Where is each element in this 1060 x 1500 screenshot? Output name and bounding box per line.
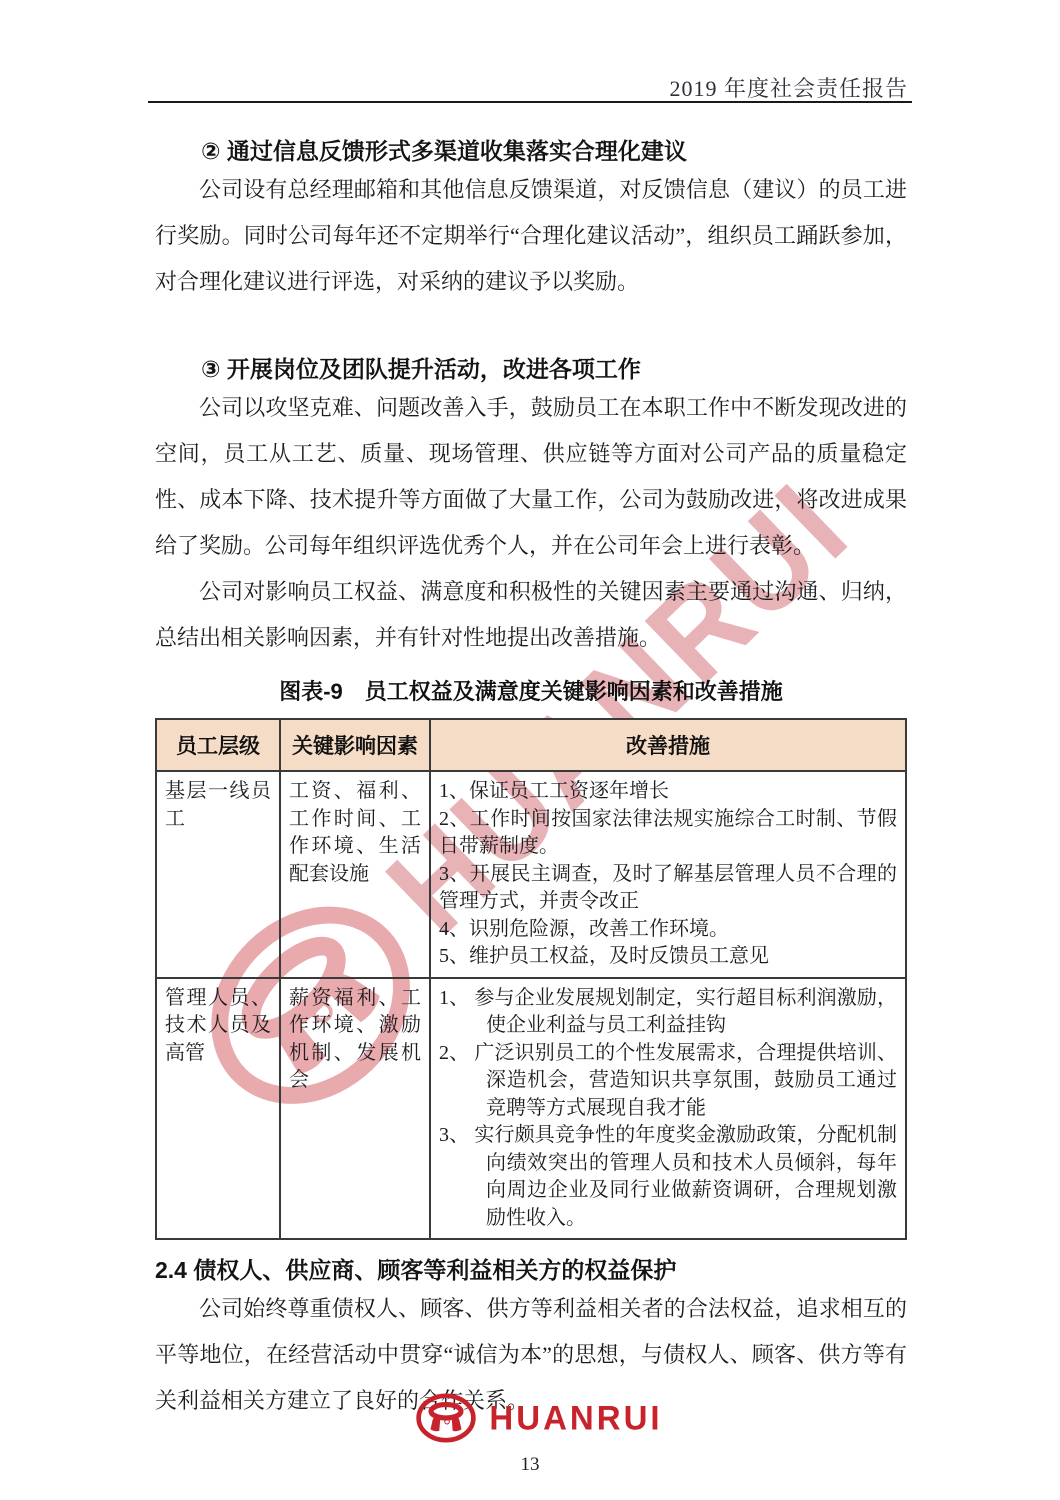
para-team-improvement-1: 公司以攻坚克难、问题改善入手，鼓励员工在本职工作中不断发现改进的空间，员工从工艺… [155, 385, 907, 569]
table-row-management: 管理人员、技术人员及高管 薪资福利、工作环境、激励机制、发展机会 1、 参与企业… [156, 978, 906, 1240]
para-team-improvement-2: 公司对影响员工权益、满意度和积极性的关键因素主要通过沟通、归纳，总结出相关影响因… [155, 569, 907, 661]
col-header-key-factors: 关键影响因素 [280, 719, 430, 771]
measure-item: 5、维护员工权益，及时反馈员工意见 [439, 943, 897, 971]
col-header-improvements: 改善措施 [430, 719, 906, 771]
table-title: 图表-9 员工权益及满意度关键影响因素和改善措施 [155, 675, 907, 706]
measure-item: 3、 实行颇具竞争性的年度奖金激励政策，分配机制向绩效突出的管理人员和技术人员倾… [439, 1122, 897, 1232]
col-header-employee-level: 员工层级 [156, 719, 280, 771]
heading-stakeholder-rights: 2.4 债权人、供应商、顾客等利益相关方的权益保护 [155, 1254, 907, 1286]
page-footer: HUANRUI 13 [0, 1392, 1060, 1476]
page-number: 13 [0, 1454, 1060, 1476]
measure-item: 2、 广泛识别员工的个性发展需求，合理提供培训、深造机会，营造知识共享氛围，鼓励… [439, 1040, 897, 1123]
cell-level: 基层一线员工 [156, 771, 280, 978]
footer-logo: HUANRUI [18, 1392, 1060, 1444]
huanrui-logo-icon [415, 1392, 477, 1444]
cell-factors: 薪资福利、工作环境、激励机制、发展机会 [280, 978, 430, 1240]
measure-item: 2、工作时间按国家法律法规实施综合工时制、节假日带薪制度。 [439, 806, 897, 861]
heading-team-improvement: ③ 开展岗位及团队提升活动，改进各项工作 [155, 353, 907, 385]
header-title: 2019 年度社会责任报告 [669, 72, 908, 103]
heading-feedback-suggestions: ② 通过信息反馈形式多渠道收集落实合理化建议 [155, 135, 907, 167]
measure-item: 3、开展民主调查，及时了解基层管理人员不合理的管理方式，并责令改正 [439, 861, 897, 916]
cell-measures: 1、 参与企业发展规划制定，实行超目标利润激励，使企业利益与员工利益挂钩 2、 … [430, 978, 906, 1240]
table-header-row: 员工层级 关键影响因素 改善措施 [156, 719, 906, 771]
measure-item: 4、识别危险源，改善工作环境。 [439, 916, 897, 944]
report-page: HUANRUI 2019 年度社会责任报告 ② 通过信息反馈形式多渠道收集落实合… [0, 0, 1060, 1500]
para-feedback-suggestions: 公司设有总经理邮箱和其他信息反馈渠道，对反馈信息（建议）的员工进行奖励。同时公司… [155, 167, 907, 305]
content: ② 通过信息反馈形式多渠道收集落实合理化建议 公司设有总经理邮箱和其他信息反馈渠… [155, 103, 907, 1424]
cell-level: 管理人员、技术人员及高管 [156, 978, 280, 1240]
huanrui-logo-text: HUANRUI [489, 1398, 662, 1438]
measure-item: 1、 参与企业发展规划制定，实行超目标利润激励，使企业利益与员工利益挂钩 [439, 985, 897, 1040]
factors-table: 员工层级 关键影响因素 改善措施 基层一线员工 工资、福利、工作时间、工作环境、… [155, 718, 907, 1240]
table-row-frontline: 基层一线员工 工资、福利、工作时间、工作环境、生活配套设施 1、保证员工工资逐年… [156, 771, 906, 978]
cell-measures: 1、保证员工工资逐年增长 2、工作时间按国家法律法规实施综合工时制、节假日带薪制… [430, 771, 906, 978]
measure-item: 1、保证员工工资逐年增长 [439, 778, 897, 806]
cell-factors: 工资、福利、工作时间、工作环境、生活配套设施 [280, 771, 430, 978]
